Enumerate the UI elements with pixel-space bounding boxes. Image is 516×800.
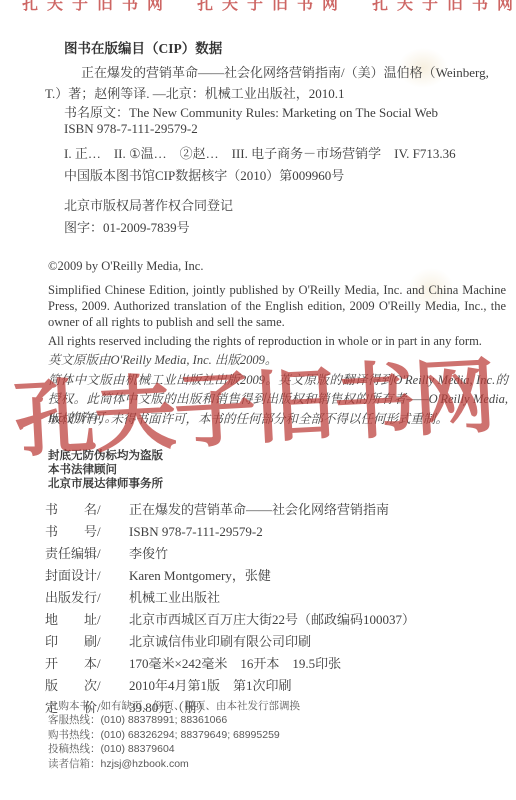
colophon-row-cover-design: 封面设计/Karen Montgomery，张健 <box>45 565 415 587</box>
cip-header: 图书在版编目（CIP）数据 <box>64 38 222 59</box>
original-edition-note: 英文原版由O'Reilly Media, Inc. 出版2009。 <box>48 352 277 368</box>
field-label: 书 号/ <box>45 521 107 540</box>
field-label: 版 次/ <box>45 675 107 694</box>
law-firm-name: 北京市展达律师事务所 <box>48 477 163 491</box>
colophon-row-editor: 责任编辑/李俊竹 <box>45 543 415 565</box>
field-value: ISBN 978-7-111-29579-2 <box>129 524 263 540</box>
field-label: 地 址/ <box>45 609 107 628</box>
colophon-row-address: 地 址/北京市西城区百万庄大街22号（邮政编码100037） <box>45 609 415 631</box>
colophon-row-publisher: 出版发行/机械工业出版社 <box>45 587 415 609</box>
reader-email: 读者信箱：hzjsj@hzbook.com <box>48 757 300 771</box>
field-value: 2010年4月第1版 第1次印刷 <box>129 675 292 694</box>
colophon-row-format: 开 本/170毫米×242毫米 16开本 19.5印张 <box>45 653 415 675</box>
field-label: 印 刷/ <box>45 631 107 650</box>
service-info-block: 凡购本书，如有缺页、倒页、脱页、由本社发行部调换 客服热线：(010) 8837… <box>48 699 300 771</box>
colophon-table: 书 名/正在爆发的营销革命——社会化网络营销指南 书 号/ISBN 978-7-… <box>45 499 415 719</box>
copyright-page: 孔夫子旧书网 孔夫子旧书网 孔夫子旧书网 图书在版编目（CIP）数据 正在爆发的… <box>0 0 516 800</box>
legal-counsel-label: 本书法律顾问 <box>48 463 117 477</box>
cip-classification: I. 正… II. ①温… ②赵… III. 电子商务－市场营销学 IV. F7… <box>64 143 456 164</box>
field-value: 170毫米×242毫米 16开本 19.5印张 <box>129 653 341 672</box>
copyright-registration-title: 北京市版权局著作权合同登记 <box>64 195 233 216</box>
field-label: 书 名/ <box>45 499 107 518</box>
field-label: 封面设计/ <box>45 565 107 584</box>
field-value: Karen Montgomery，张健 <box>129 565 271 584</box>
anti-piracy-line: 封底无防伪标均为盗版 <box>48 449 163 463</box>
field-label: 开 本/ <box>45 653 107 672</box>
customer-service-hotline: 客服热线：(010) 88378991; 88361066 <box>48 713 300 727</box>
field-value: 正在爆发的营销革命——社会化网络营销指南 <box>129 499 389 518</box>
copyright-paragraph-english: Simplified Chinese Edition, jointly publ… <box>48 282 506 330</box>
colophon-row-edition: 版 次/2010年4月第1版 第1次印刷 <box>45 675 415 697</box>
colophon-row-title: 书 名/正在爆发的营销革命——社会化网络营销指南 <box>45 499 415 521</box>
colophon-row-isbn: 书 号/ISBN 978-7-111-29579-2 <box>45 521 415 543</box>
field-value: 机械工业出版社 <box>129 587 220 606</box>
field-value: 北京诚信伟业印刷有限公司印刷 <box>129 631 311 650</box>
all-rights-note-chinese: 版权所有，未得书面许可，本书的任何部分和全部不得以任何形式重制。 <box>48 409 448 430</box>
submission-hotline: 投稿热线：(010) 88379604 <box>48 742 300 756</box>
copyright-registration-number: 图字：01-2009-7839号 <box>64 217 190 238</box>
cip-isbn: ISBN 978-7-111-29579-2 <box>64 118 198 139</box>
watermark-top-fragments: 孔夫子旧书网 孔夫子旧书网 孔夫子旧书网 <box>22 0 516 14</box>
field-value: 李俊竹 <box>129 543 168 562</box>
cip-registry-number: 中国版本图书馆CIP数据核字（2010）第009960号 <box>64 165 344 186</box>
exchange-notice: 凡购本书，如有缺页、倒页、脱页、由本社发行部调换 <box>48 699 300 713</box>
copyright-notice: ©2009 by O'Reilly Media, Inc. <box>48 258 203 274</box>
field-value: 北京市西城区百万庄大街22号（邮政编码100037） <box>129 609 415 628</box>
rights-reserved-line: All rights reserved including the rights… <box>48 333 506 349</box>
cip-title-entry: 正在爆发的营销革命——社会化网络营销指南/（美）温伯格（Weinberg, T.… <box>45 62 493 104</box>
purchase-hotline: 购书热线：(010) 68326294; 88379649; 68995259 <box>48 728 300 742</box>
field-label: 出版发行/ <box>45 587 107 606</box>
colophon-row-printer: 印 刷/北京诚信伟业印刷有限公司印刷 <box>45 631 415 653</box>
field-label: 责任编辑/ <box>45 543 107 562</box>
